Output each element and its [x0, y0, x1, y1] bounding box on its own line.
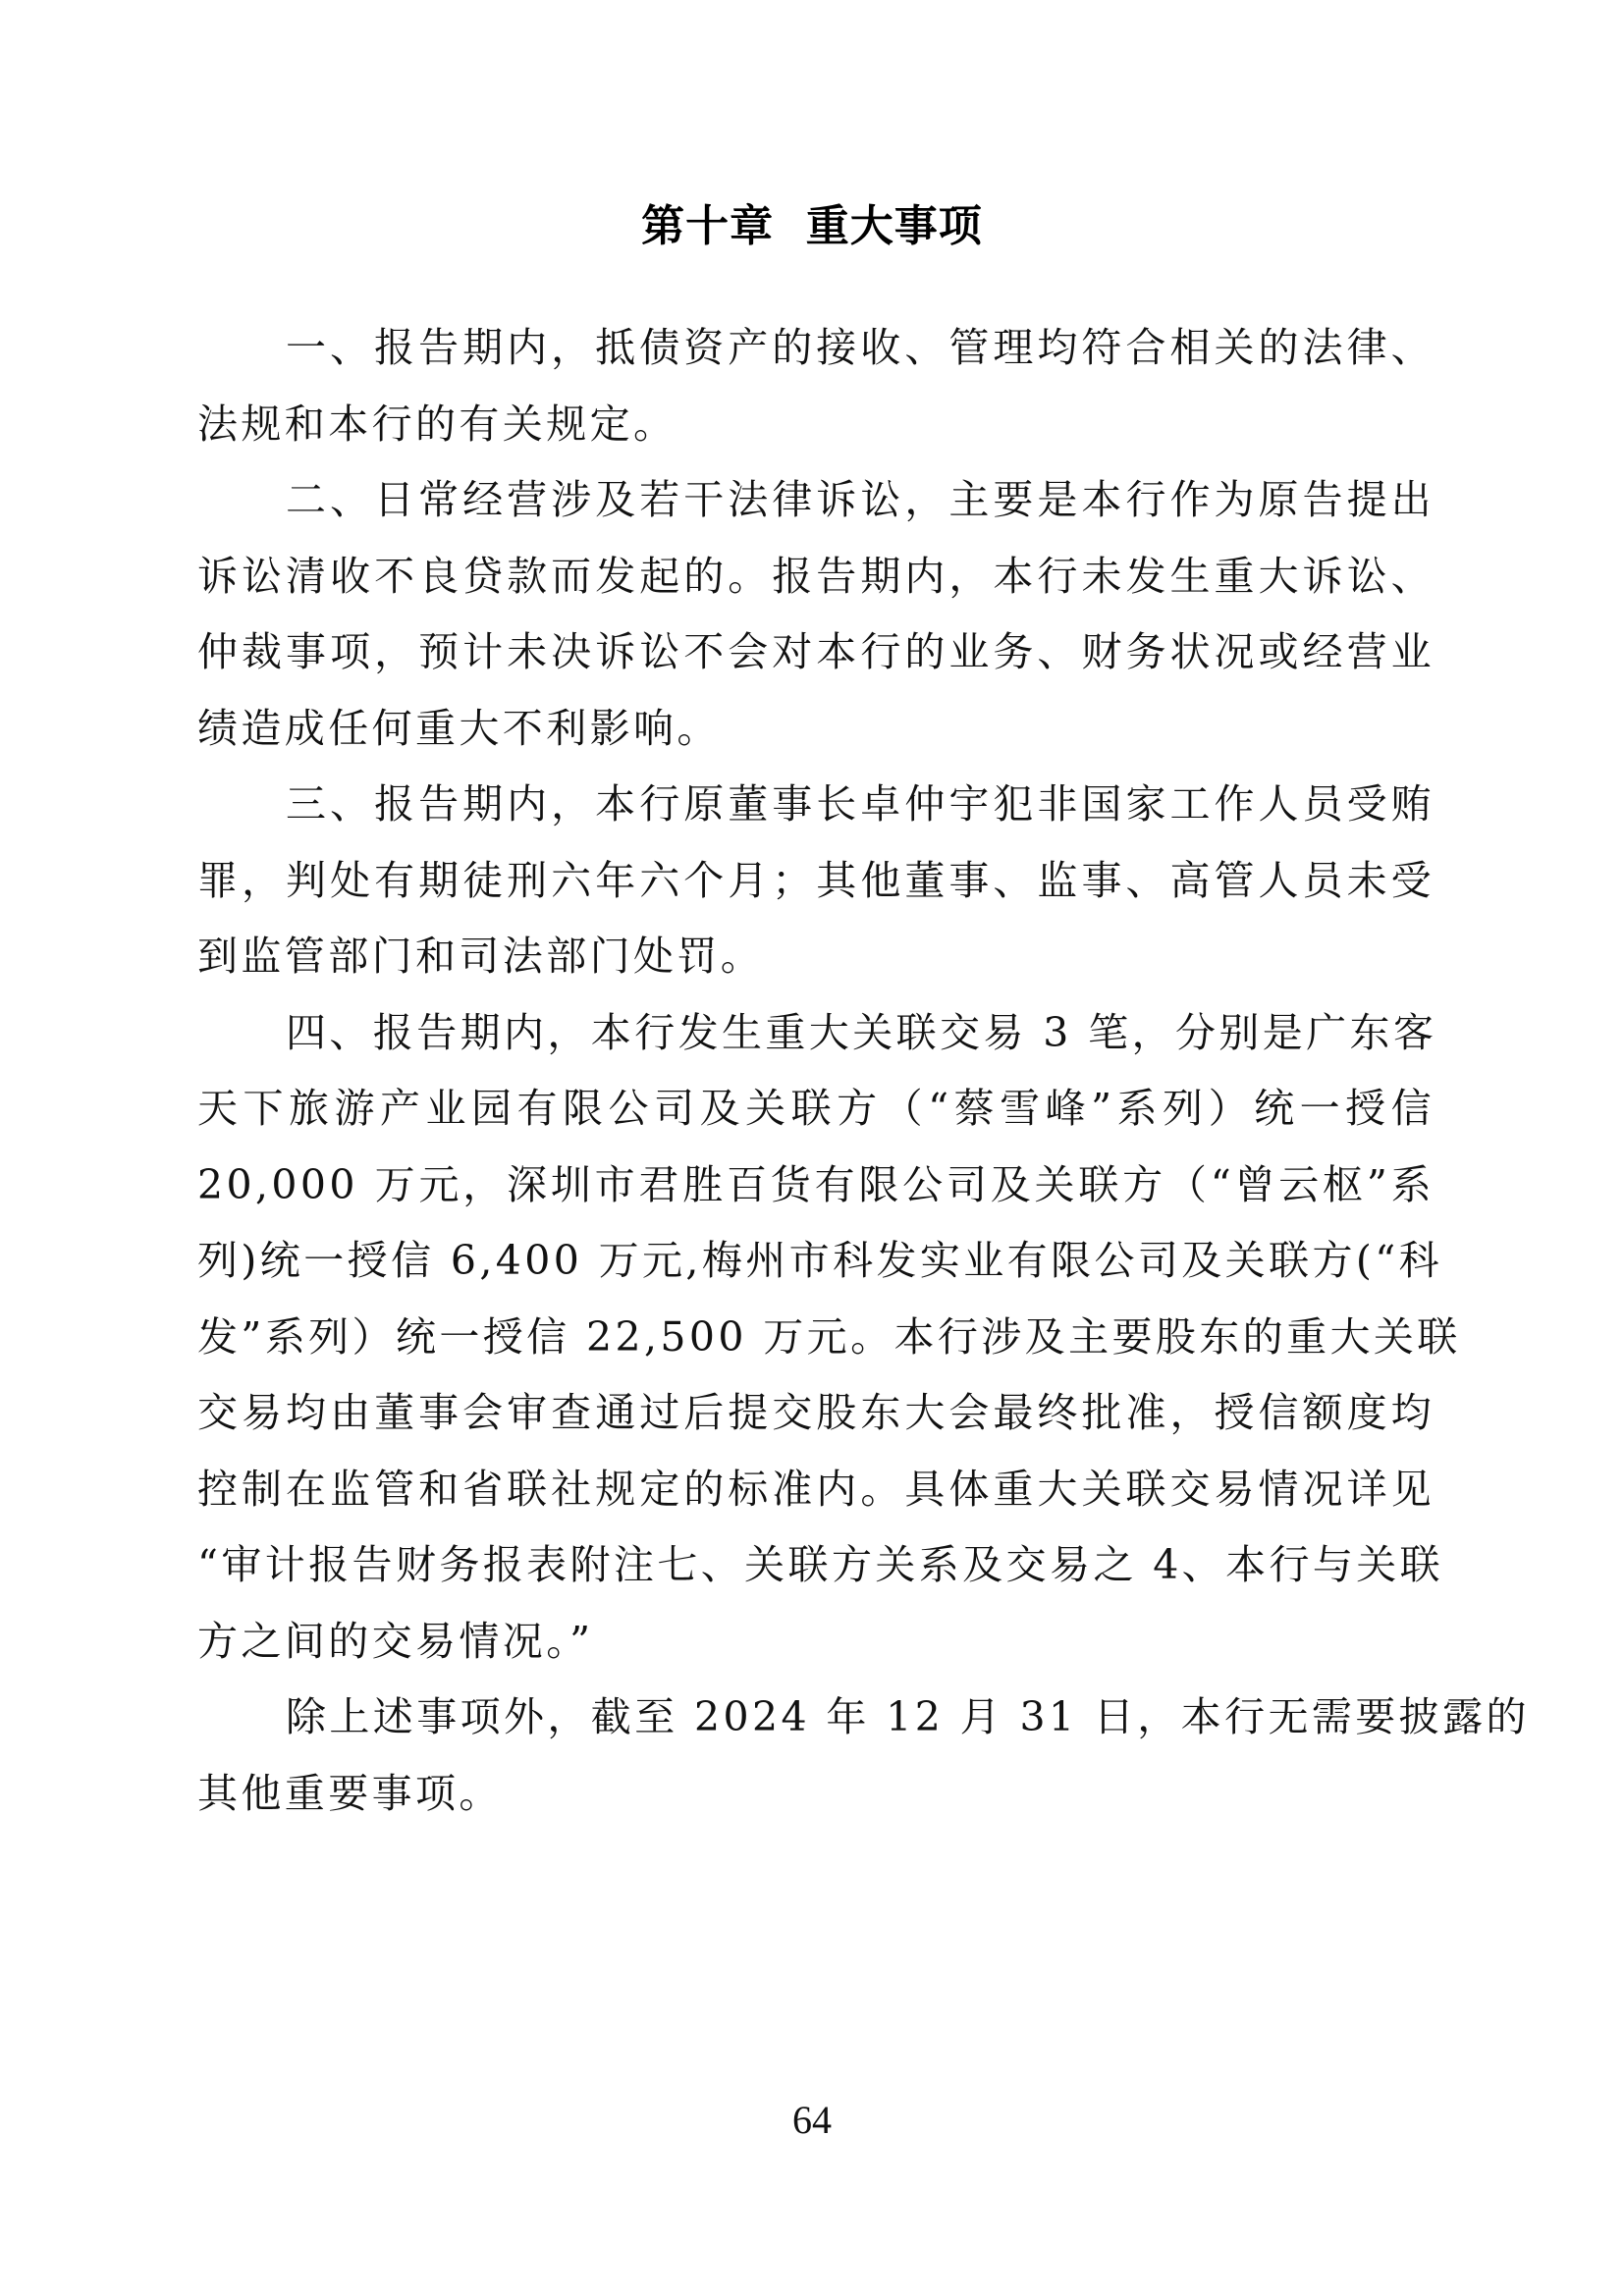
paragraph-item-2-line-2: 诉讼清收不良贷款而发起的。报告期内，本行未发生重大诉讼、	[197, 547, 1435, 606]
paragraph-closing-line-2: 其他重要事项。	[197, 1764, 1435, 1823]
paragraph-item-1-line-2: 法规和本行的有关规定。	[197, 395, 1435, 454]
paragraph-item-4-line-5: 发”系列）统一授信 22,500 万元。本行涉及主要股东的重大关联	[197, 1308, 1435, 1366]
paragraph-item-2-line-4: 绩造成任何重大不利影响。	[197, 699, 1435, 758]
document-page: 第十章 重大事项 一、报告期内，抵债资产的接收、管理均符合相关的法律、 法规和本…	[0, 0, 1624, 2296]
paragraph-item-2-line-3: 仲裁事项，预计未决诉讼不会对本行的业务、财务状况或经营业	[197, 622, 1435, 681]
paragraph-closing-line-1: 除上述事项外，截至 2024 年 12 月 31 日，本行无需要披露的	[286, 1687, 1435, 1746]
chapter-body: 一、报告期内，抵债资产的接收、管理均符合相关的法律、 法规和本行的有关规定。 二…	[0, 0, 1624, 2296]
paragraph-item-4-line-1: 四、报告期内，本行发生重大关联交易 3 笔，分别是广东客	[286, 1003, 1435, 1062]
paragraph-item-2-line-1: 二、日常经营涉及若干法律诉讼，主要是本行作为原告提出	[286, 470, 1435, 529]
paragraph-item-4-line-3: 20,000 万元，深圳市君胜百货有限公司及关联方（“曾云枢”系	[197, 1155, 1435, 1214]
paragraph-item-1-line-1: 一、报告期内，抵债资产的接收、管理均符合相关的法律、	[286, 318, 1435, 377]
paragraph-item-4-line-2: 天下旅游产业园有限公司及关联方（“蔡雪峰”系列）统一授信	[197, 1079, 1435, 1138]
paragraph-item-4-line-8: “审计报告财务报表附注七、关联方关系及交易之 4、本行与关联	[197, 1535, 1435, 1594]
paragraph-item-4-line-6: 交易均由董事会审查通过后提交股东大会最终批准，授信额度均	[197, 1383, 1435, 1442]
paragraph-item-4-line-9: 方之间的交易情况。”	[197, 1612, 1435, 1671]
paragraph-item-3-line-3: 到监管部门和司法部门处罚。	[197, 927, 1435, 986]
page-number: 64	[0, 2097, 1624, 2144]
paragraph-item-4-line-4: 列)统一授信 6,400 万元,梅州市科发实业有限公司及关联方(“科	[197, 1231, 1435, 1290]
paragraph-item-3-line-1: 三、报告期内，本行原董事长卓仲宇犯非国家工作人员受贿	[286, 774, 1435, 833]
paragraph-item-4-line-7: 控制在监管和省联社规定的标准内。具体重大关联交易情况详见	[197, 1460, 1435, 1519]
paragraph-item-3-line-2: 罪，判处有期徒刑六年六个月；其他董事、监事、高管人员未受	[197, 851, 1435, 910]
